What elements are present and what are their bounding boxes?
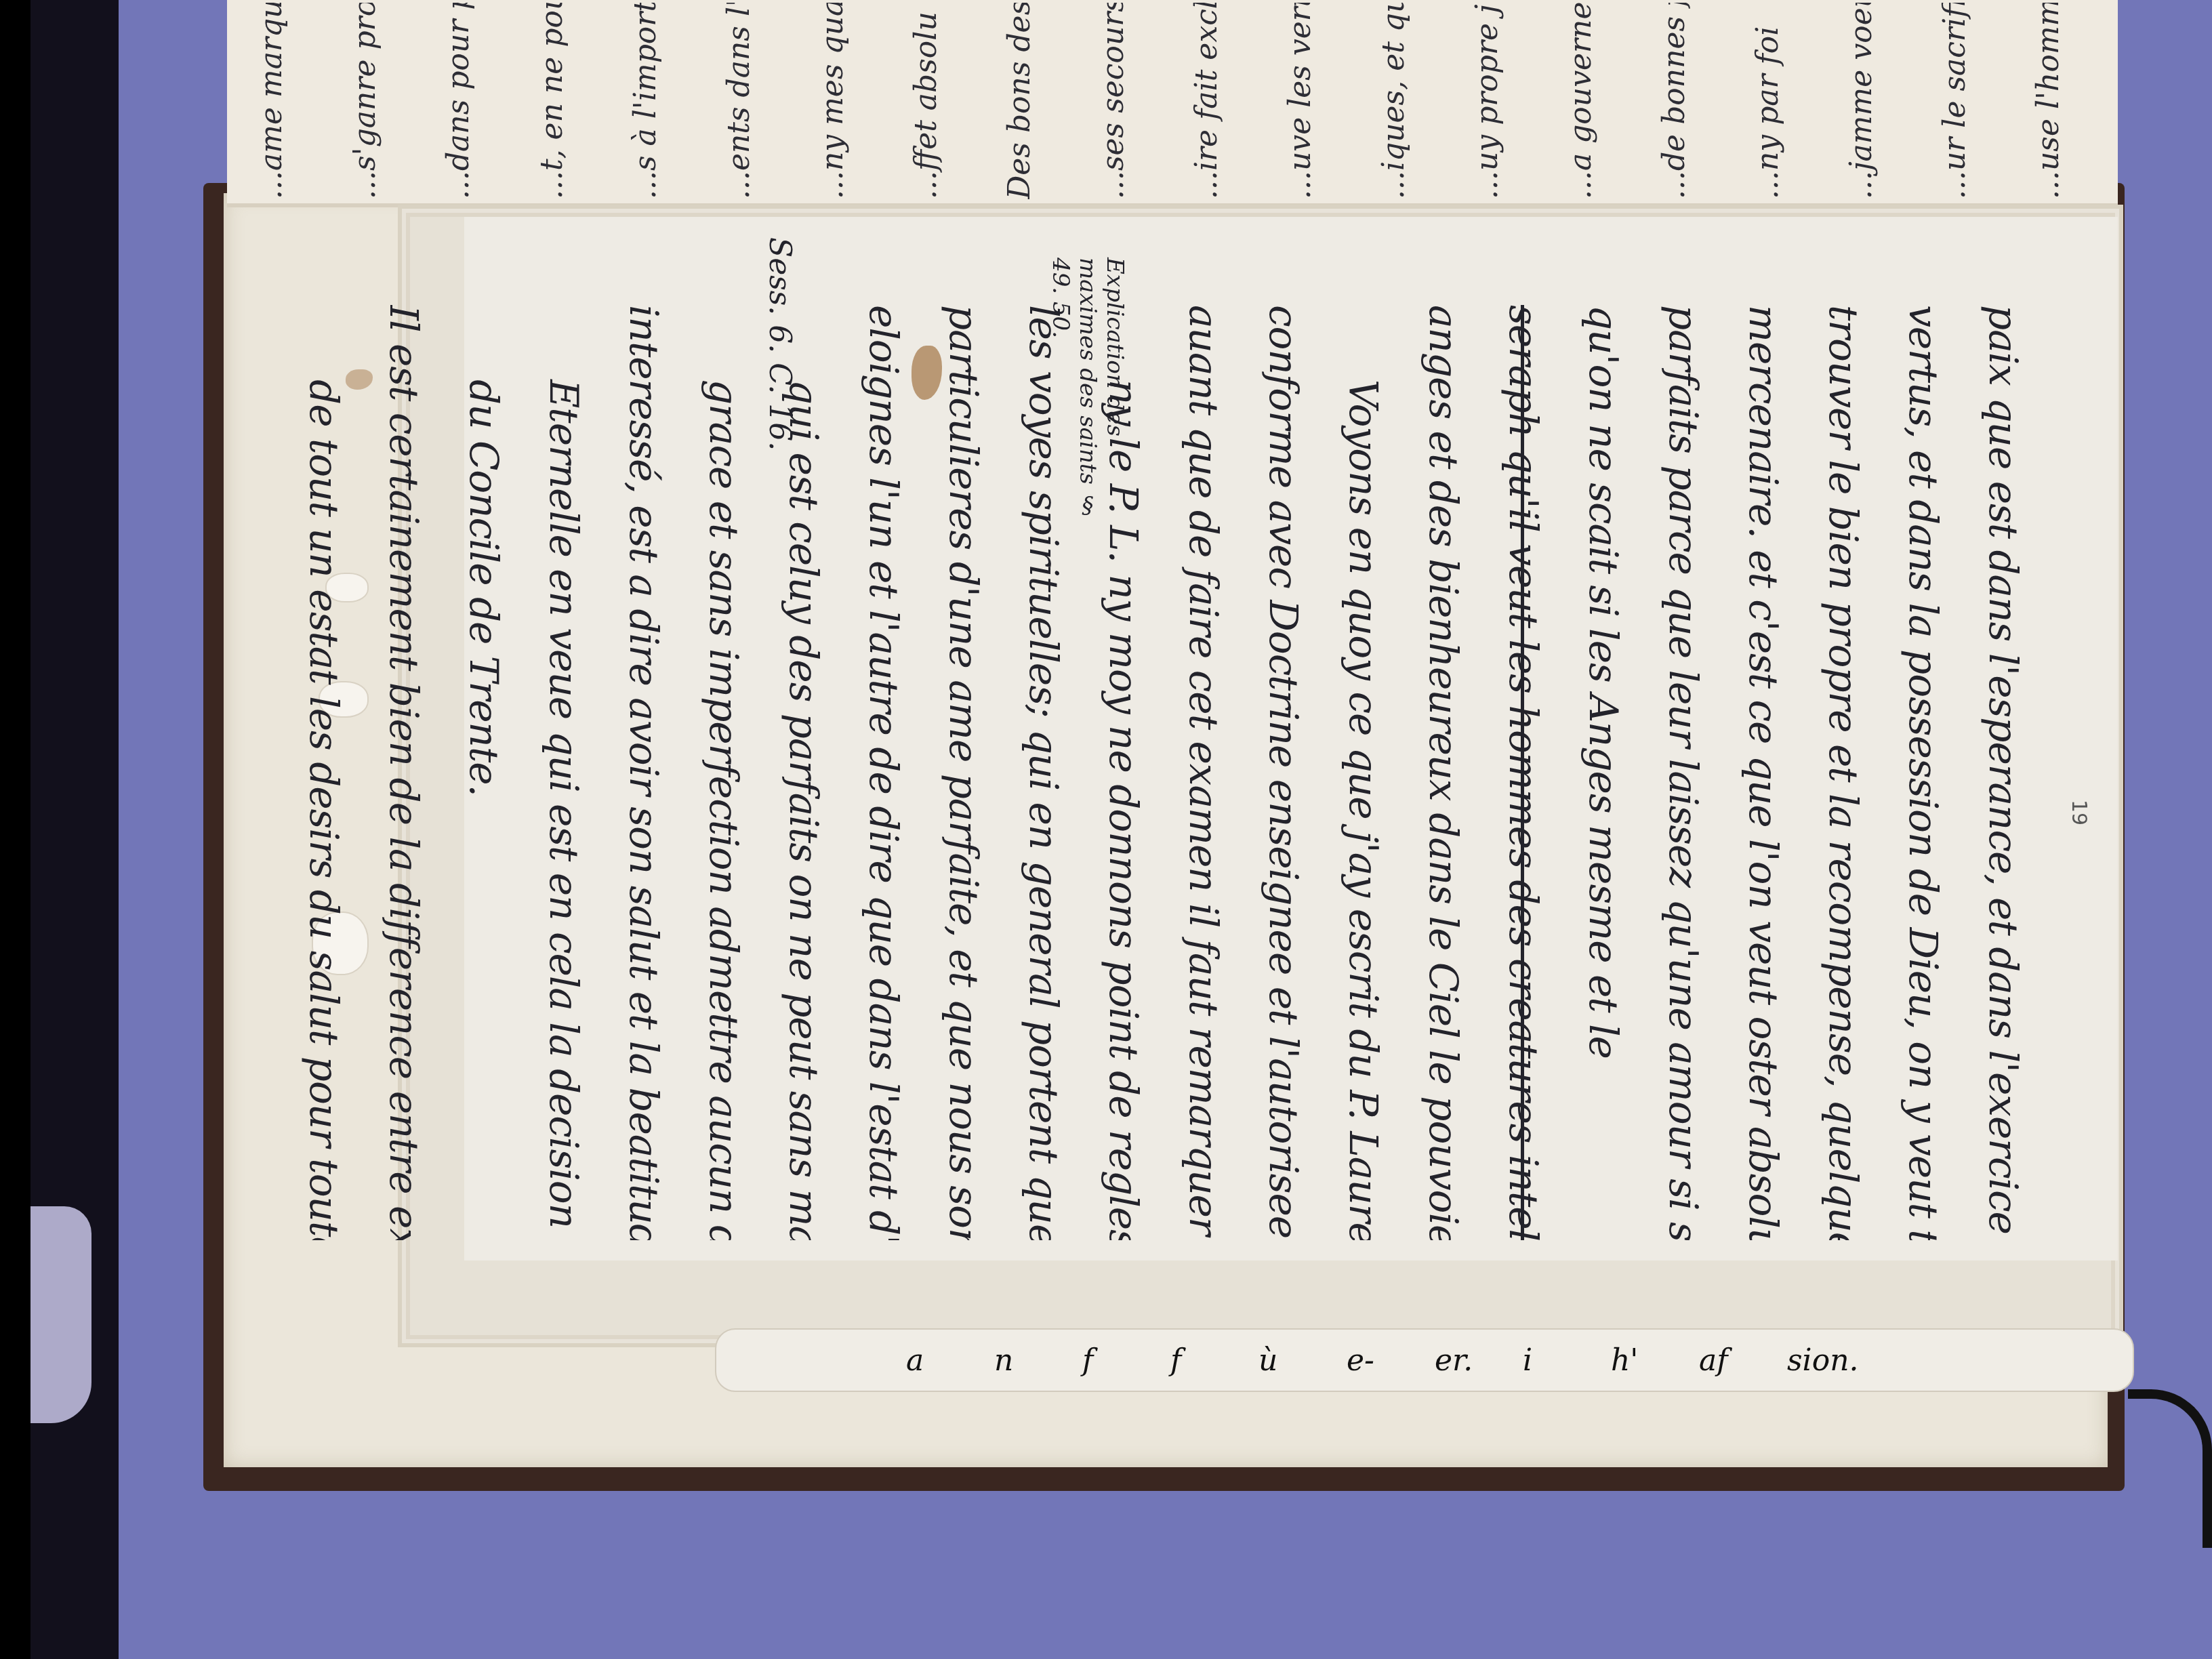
manuscript-line: mercenaire. et c'est ce que l'on veut os… [1703, 305, 1783, 1240]
slip-glyph: e- [1347, 1343, 1374, 1378]
slip-glyph: i [1523, 1343, 1532, 1378]
manuscript-line: paix que est dans l'esperance, et dans l… [1943, 305, 2023, 1240]
manuscript-line: Voyons en quoy ce que j'ay escrit du P. … [1303, 305, 1383, 1240]
left-page-line-fragment: ...ny par foi [1750, 3, 1785, 199]
left-page-line-fragment: ...iques, et qui dans [1376, 3, 1411, 199]
manuscript-line: vertus, et dans la possession de Dieu, o… [1863, 305, 1943, 1240]
left-page-line-fragment: ...s'ganre professe [348, 3, 382, 199]
slip-glyph: ù [1258, 1343, 1277, 1378]
slip-glyph: sion. [1787, 1343, 1858, 1378]
slip-glyph: h' [1611, 1343, 1638, 1378]
manuscript-text: paix que est dans l'esperance, et dans l… [264, 305, 2023, 1240]
manuscript-line: Il est certainement bien de la differenc… [344, 305, 424, 1240]
manuscript-line: Eternelle en veue qui est en cela la dec… [504, 305, 583, 1240]
slip-glyph: er. [1435, 1343, 1473, 1378]
left-page-line-fragment: ...uy propre jusques [1470, 3, 1504, 199]
slip-glyph: f [1082, 1343, 1093, 1378]
left-page-line-fragment: ...uve les vertus [1283, 3, 1317, 199]
left-page-line-fragment: ...ents dans l'obeissance [722, 3, 756, 199]
left-page-line-fragment: ...dans pour parfait [441, 3, 476, 199]
manuscript-line: de tout un estat les desirs du salut pou… [264, 305, 344, 1240]
margin-note-session: Sess. 6. C. 16. [762, 237, 797, 451]
folded-insert-slip: anffùe-er.ih'afsion. [715, 1328, 2134, 1392]
slip-glyph: af [1699, 1343, 1728, 1378]
left-page: ...ame marque d'amour...s'ganre professe… [227, 0, 2118, 207]
page-number: 19 [2067, 800, 2091, 825]
manuscript-line: les voyes spirituelles; qui en general p… [983, 305, 1063, 1240]
left-page-line-fragment: ...ses secours [1096, 3, 1130, 199]
manuscript-line: grace et sans imperfection admettre aucu… [663, 305, 743, 1240]
margin-note-maximes: Explication des maximes des saints § 49.… [1054, 258, 1128, 542]
manuscript-line: seraph qu'il veut les hommes des creatur… [1463, 305, 1543, 1240]
left-page-line-fragment: ...ny mes quand [815, 3, 850, 199]
manuscript-photo: ...ame marque d'amour...s'ganre professe… [30, 0, 2212, 1659]
left-page-line-fragment: ...use l'homme [2031, 3, 2066, 199]
left-page-line-fragment: Des bons desirs [1002, 3, 1037, 199]
left-page-line-fragment: ...ur le sacrifice [1938, 3, 1972, 199]
slip-glyph: f [1170, 1343, 1181, 1378]
left-page-line-fragment: ...ire fait exclure [1189, 3, 1224, 199]
manuscript-line: eloignes l'un et l'autre de dire que dan… [823, 305, 903, 1240]
cloth-corner [30, 1206, 91, 1423]
manuscript-line: anges et des bienheureux dans le Ciel le… [1383, 305, 1463, 1240]
manuscript-page: 19 paix que est dans l'esperance, et dan… [464, 217, 2118, 1261]
manuscript-line: particulieres d'une ame parfaite, et que… [903, 305, 983, 1240]
manuscript-line: auant que de faire cet examen il faut re… [1143, 305, 1223, 1240]
left-page-line-fragment: ...t, en ne pouvant [535, 3, 569, 199]
cable [2128, 1389, 2212, 1548]
left-page-line-fragment: ...ame marque d'amour [254, 3, 289, 199]
slip-glyph: a [906, 1343, 924, 1378]
left-page-line-fragment: ...ffet absolu du [909, 3, 943, 199]
left-page-line-fragment: ...s à l'importance [628, 3, 663, 199]
left-page-line-fragment: ...de bonnes fois [1657, 3, 1692, 199]
manuscript-line: interessé, est a dire avoir son salut et… [583, 305, 663, 1240]
left-page-line-fragment: ...a gouvernement [1563, 3, 1598, 199]
left-page-line-fragment: ...jamme voeu [1844, 3, 1879, 199]
manuscript-line: du Concile de Trente. [424, 305, 504, 1240]
slip-glyph: n [994, 1343, 1013, 1378]
manuscript-line: conforme avec Doctrine enseignee et l'au… [1223, 305, 1303, 1240]
manuscript-line: qu'on ne scait si les Anges mesme et le [1543, 305, 1623, 1240]
manuscript-line: parfaits parce que leur laissez qu'une a… [1623, 305, 1703, 1240]
manuscript-line: trouver le bien propre et la recompense,… [1783, 305, 1863, 1240]
